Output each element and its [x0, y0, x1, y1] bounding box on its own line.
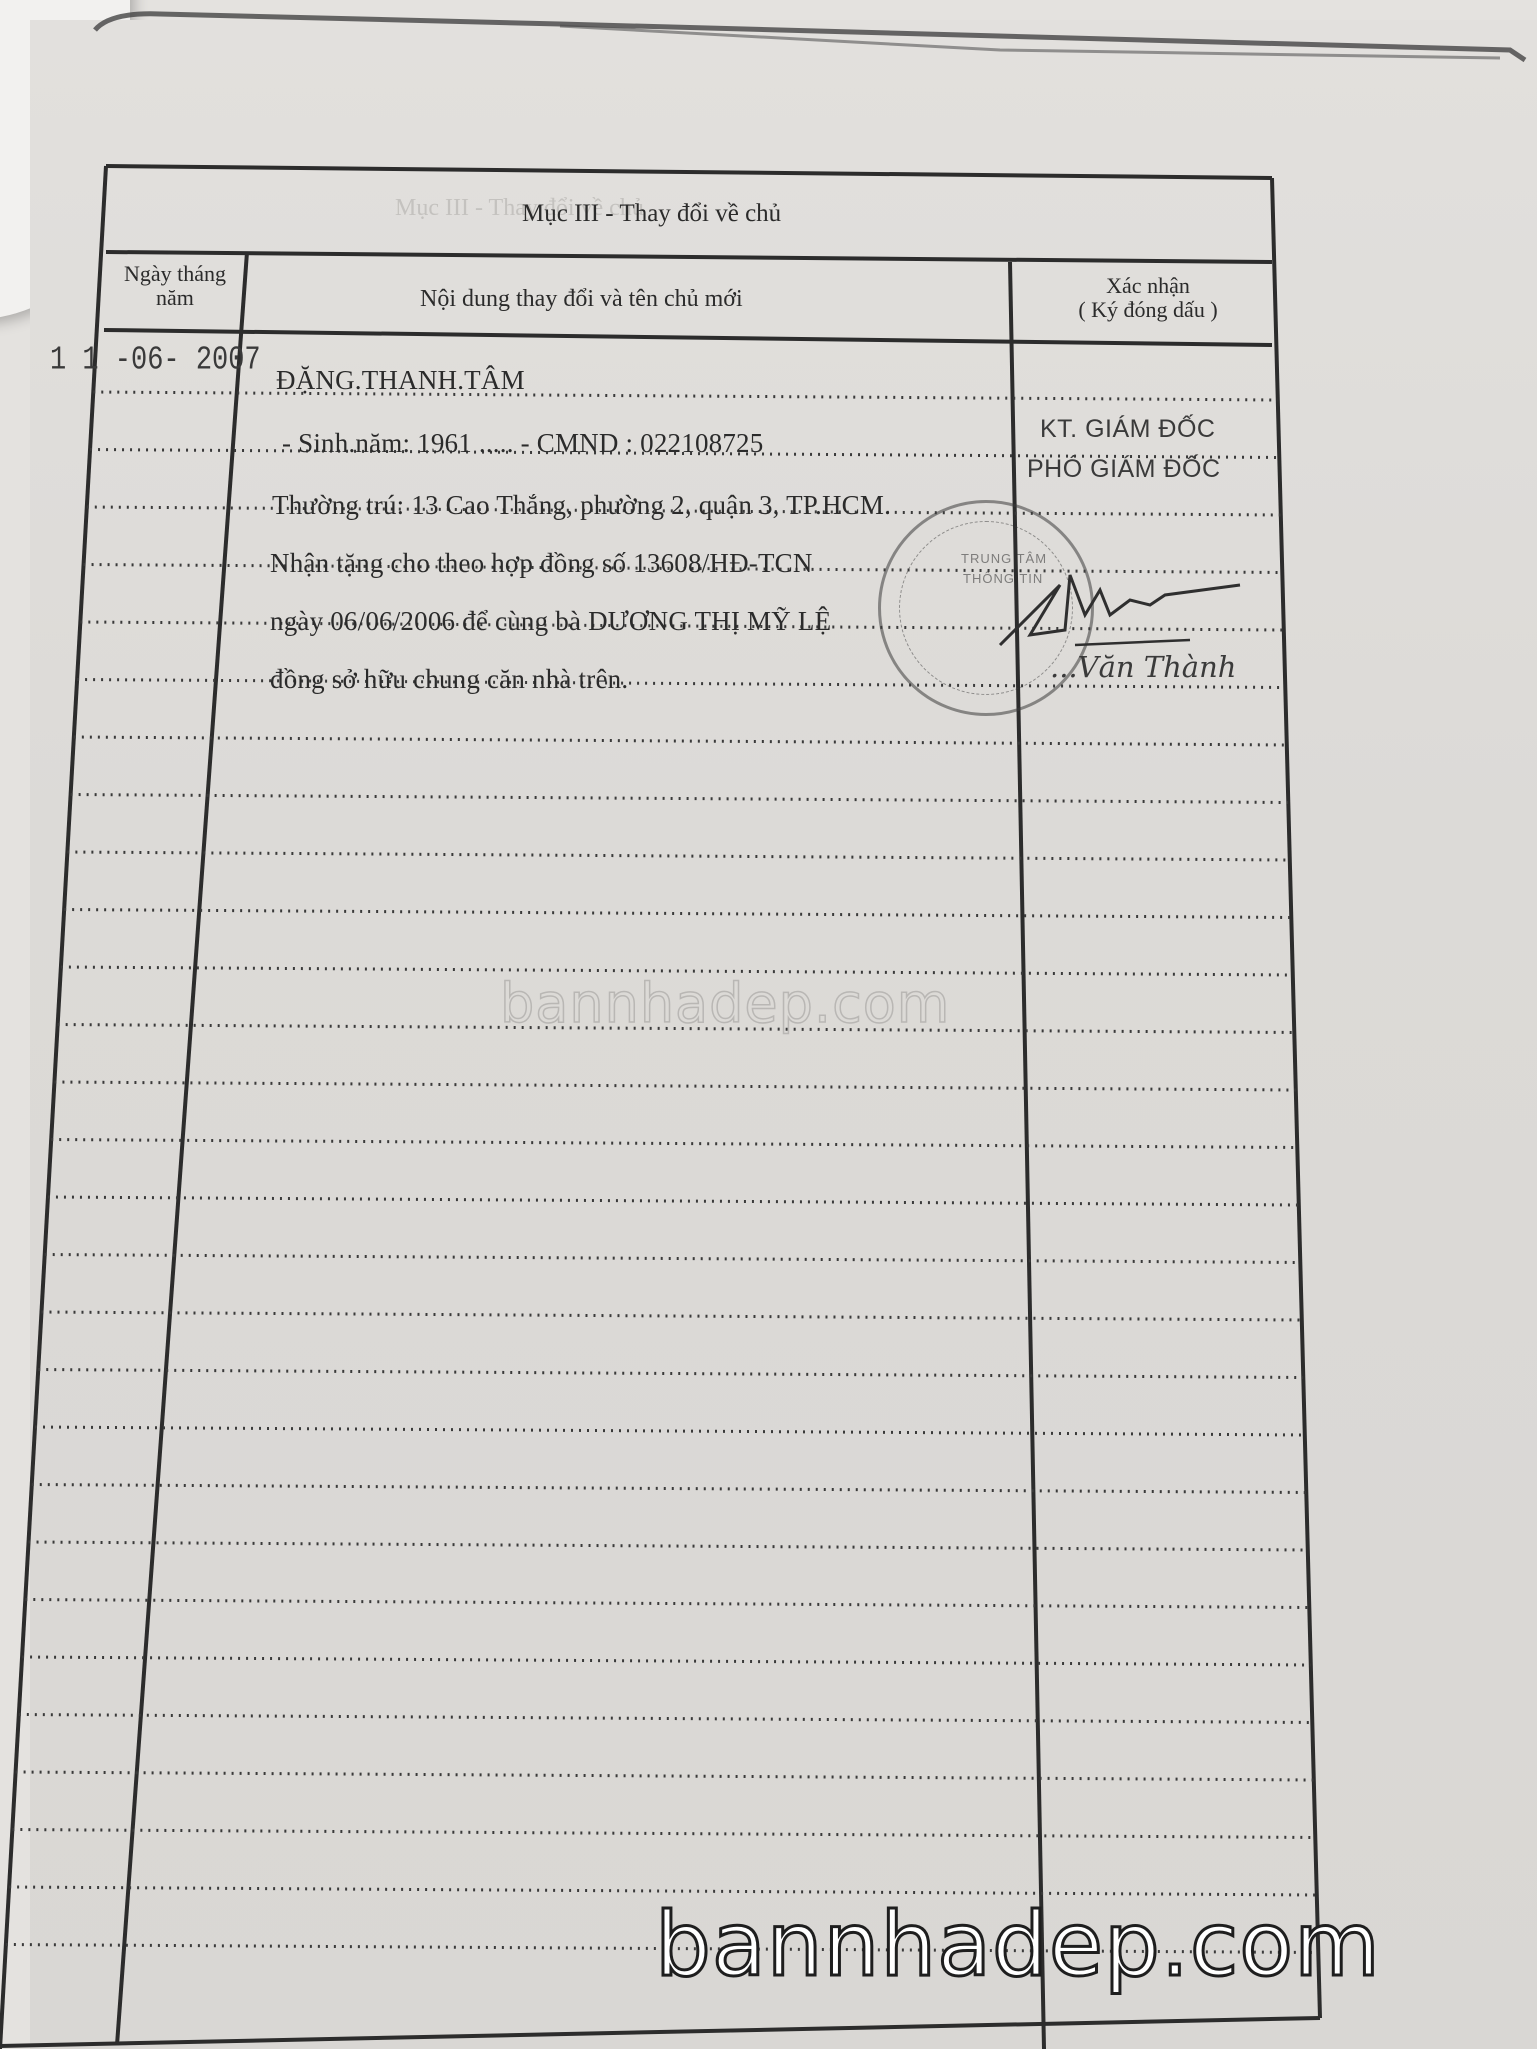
watermark-faint: bannhadep.com — [500, 972, 950, 1035]
entry-line-co-ownership: đồng sở hữu chung căn nhà trên. — [270, 664, 628, 695]
entry-date-stamp: 1 1 -06- 2007 — [50, 342, 261, 380]
header-confirm-line1: Xác nhận — [1038, 274, 1258, 298]
header-date-line1: Ngày tháng — [110, 262, 240, 286]
confirm-title-deputy-director: PHÓ GIÁM ĐỐC — [1027, 455, 1221, 484]
confirm-title-director: KT. GIÁM ĐỐC — [1040, 415, 1215, 444]
header-content: Nội dung thay đổi và tên chủ mới — [420, 287, 743, 311]
entry-line-owner-name: ĐẶNG.THANH.TÂM — [276, 365, 525, 396]
header-date: Ngày tháng năm — [110, 262, 240, 310]
signature — [990, 545, 1250, 655]
section-title: Mục III - Thay đổi về chủ — [522, 200, 781, 228]
signer-name: ...Văn Thành — [1050, 650, 1236, 684]
header-confirm: Xác nhận ( Ký đóng dấu ) — [1038, 274, 1258, 322]
entry-line-contract: Nhận tặng cho theo hợp đồng số 13608/HĐ-… — [270, 548, 813, 579]
entry-line-birth-id: - Sinh.năm: 1961 ..... - CMND : 02210872… — [282, 428, 763, 459]
entry-line-contract-date: ngày 06/06/2006 để cùng bà DƯƠNG THỊ MỸ … — [270, 606, 831, 637]
watermark-bold: bannhadep.com — [655, 1893, 1381, 1996]
header-date-line2: năm — [110, 286, 240, 310]
header-confirm-line2: ( Ký đóng dấu ) — [1038, 298, 1258, 322]
entry-line-address: Thường trú: 13 Cao Thắng, phường 2, quận… — [272, 490, 891, 521]
